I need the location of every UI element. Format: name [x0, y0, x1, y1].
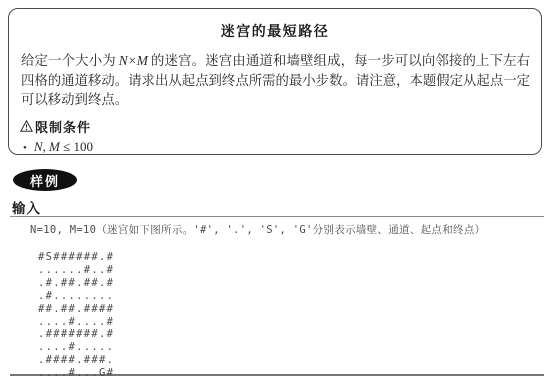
sample-badge: 样例 — [13, 169, 77, 191]
input-description: N=10, M=10（迷宫如下图所示。'#', '.', 'S', 'G'分别表… — [30, 222, 544, 237]
maze-row: .#.##.##.# — [38, 277, 544, 290]
maze-row: ##.##.#### — [38, 303, 544, 316]
sample-badge-label: 样例 — [30, 171, 60, 190]
bullet-glyph: • — [23, 142, 27, 154]
sample-input-box: N=10, M=10（迷宫如下图所示。'#', '.', 'S', 'G'分别表… — [10, 216, 544, 376]
constraint-item: •N, M ≤ 100 — [23, 139, 541, 155]
maze-listing: #S######.# ......#..# .#.##.##.# .#.....… — [38, 251, 544, 380]
constraints-heading-label: 限制条件 — [35, 117, 91, 136]
problem-box: 迷宫的最短路径 给定一个大小为N×M的迷宫。迷宫由通道和墙壁组成，每一步可以向邻… — [8, 8, 542, 155]
statement-text-1: 给定一个大小为 — [21, 53, 116, 68]
maze-row: ....#..... — [38, 341, 544, 354]
warning-triangle-icon — [20, 120, 33, 132]
constraints-heading: 限制条件 — [20, 117, 541, 136]
maze-row: .#######.# — [38, 328, 544, 341]
maze-row: ....#....# — [38, 316, 544, 329]
maze-row: #S######.# — [38, 251, 544, 264]
problem-statement: 给定一个大小为N×M的迷宫。迷宫由通道和墙壁组成，每一步可以向邻接的上下左右四格… — [21, 51, 530, 110]
maze-row: .#........ — [38, 290, 544, 303]
input-heading: 输入 — [12, 197, 41, 217]
constraint-rest: ≤ 100 — [63, 139, 93, 154]
maze-row: ......#..# — [38, 264, 544, 277]
book-page: { "problem": { "title": "迷宫的最短路径", "stat… — [0, 0, 550, 387]
constraint-math: N, M — [34, 139, 60, 154]
maze-row: .####.###. — [38, 354, 544, 367]
statement-math: N×M — [119, 53, 148, 68]
problem-title: 迷宫的最短路径 — [9, 21, 541, 41]
maze-row: ....#...G# — [38, 367, 544, 380]
